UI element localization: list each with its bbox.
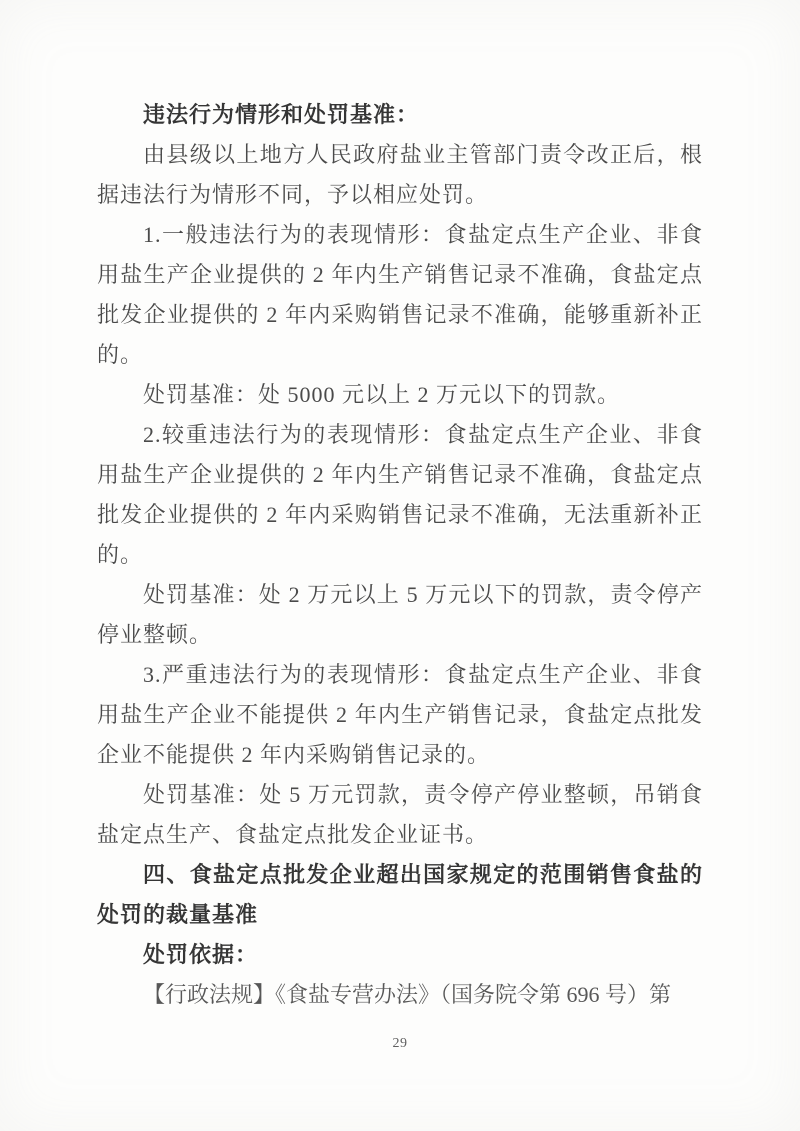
para-item-2-situation: 2.较重违法行为的表现情形：食盐定点生产企业、非食用盐生产企业提供的 2 年内生…: [97, 415, 703, 575]
heading-penalty-basis: 违法行为情形和处罚基准：: [97, 95, 703, 135]
page-number: 29: [0, 1036, 800, 1052]
heading-section-4: 四、食盐定点批发企业超出国家规定的范围销售食盐的处罚的裁量基准: [97, 855, 703, 935]
para-item-1-situation: 1.一般违法行为的表现情形：食盐定点生产企业、非食用盐生产企业提供的 2 年内生…: [97, 215, 703, 375]
para-intro: 由县级以上地方人民政府盐业主管部门责令改正后，根据违法行为情形不同，予以相应处罚…: [97, 135, 703, 215]
document-page: 违法行为情形和处罚基准：由县级以上地方人民政府盐业主管部门责令改正后，根据违法行…: [0, 0, 800, 1131]
para-item-3-situation: 3.严重违法行为的表现情形：食盐定点生产企业、非食用盐生产企业不能提供 2 年内…: [97, 655, 703, 775]
para-item-2-penalty: 处罚基准：处 2 万元以上 5 万元以下的罚款，责令停产停业整顿。: [97, 575, 703, 655]
heading-penalty-legal-basis: 处罚依据：: [97, 935, 703, 975]
para-item-3-penalty: 处罚基准：处 5 万元罚款，责令停产停业整顿，吊销食盐定点生产、食盐定点批发企业…: [97, 775, 703, 855]
para-legal-citation: 【行政法规】《食盐专营办法》（国务院令第 696 号）第: [97, 975, 703, 1015]
para-item-1-penalty: 处罚基准：处 5000 元以上 2 万元以下的罚款。: [97, 375, 703, 415]
document-body: 违法行为情形和处罚基准：由县级以上地方人民政府盐业主管部门责令改正后，根据违法行…: [97, 95, 703, 1015]
